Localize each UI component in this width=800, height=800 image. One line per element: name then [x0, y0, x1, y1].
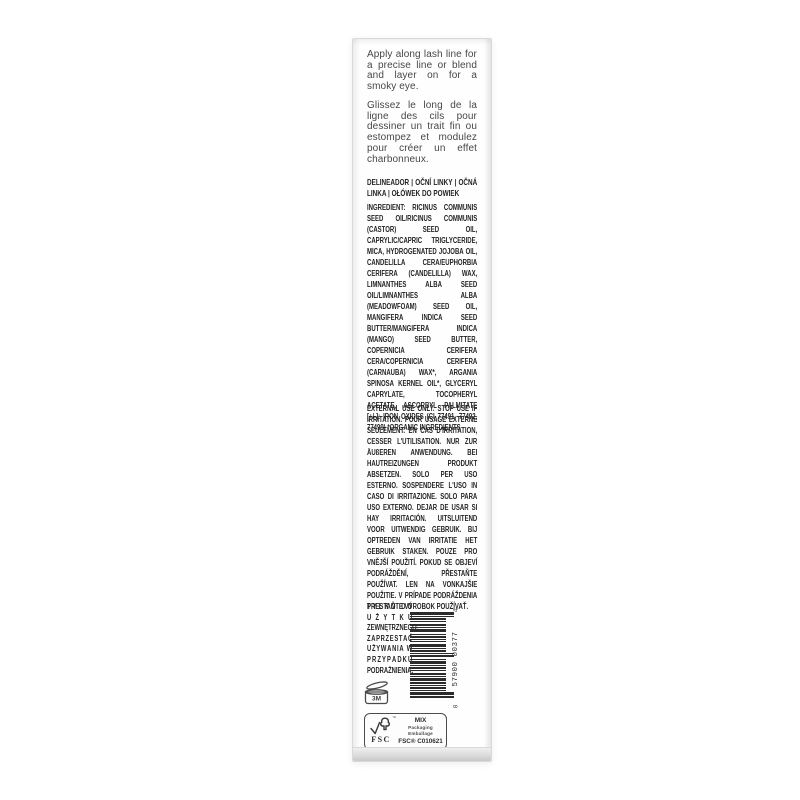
- photo-background: Apply along lash line for a precise line…: [0, 0, 800, 800]
- fsc-mix-label: MIX: [415, 718, 427, 725]
- ingredients-text: INGREDIENT: RICINUS COMMUNIS SEED OIL/RI…: [367, 202, 477, 433]
- fsc-certification-badge: ™ FSC MIX Packaging Emballage FSC® C0106…: [364, 713, 447, 750]
- fsc-tree-check-icon: [369, 716, 393, 736]
- barcode-bar: [410, 685, 446, 686]
- barcode-bar: [410, 629, 446, 632]
- barcode-bar: [410, 659, 446, 660]
- barcode-bar: [410, 624, 446, 626]
- barcode-bar: [410, 673, 446, 675]
- barcode-bar: [410, 644, 446, 647]
- barcode-bar: [410, 634, 446, 635]
- barcode-bar: [410, 612, 454, 615]
- fsc-trademark-symbol: ™: [392, 715, 396, 720]
- polish-warning-line: TYLKO DO: [367, 602, 412, 613]
- barcode-bar: [410, 621, 446, 622]
- barcode-bar: [410, 639, 446, 640]
- barcode-lead-digit: 0: [452, 705, 459, 709]
- instructions-en-text: Apply along lash line for a precise line…: [367, 50, 477, 93]
- polish-warning-line: PRZYPADKU: [367, 655, 412, 666]
- polish-warning-block: TYLKO DO UŻYTKU ZEWNĘTRZNEGO. ZAPRZESTAĆ…: [367, 602, 412, 676]
- barcode-bar: [410, 655, 454, 657]
- barcode-bar: [410, 653, 454, 654]
- fsc-license-code: FSC® C010621: [398, 739, 443, 745]
- barcode-bar: [410, 692, 454, 695]
- barcode-bar: [410, 678, 446, 681]
- barcode-bar: [410, 690, 446, 691]
- barcode-bar: [410, 676, 446, 677]
- barcode-bar: [410, 618, 446, 620]
- warnings-text: EXTERNAL USE ONLY. STOP USE IF IRRITATIO…: [367, 403, 477, 612]
- polish-warning-line: PODRAŻNIENIA.: [367, 666, 412, 677]
- barcode-bar: [410, 661, 446, 664]
- product-name-languages: DELINEADOR | OČNÍ LINKY | OČNÁ LINKA | O…: [367, 177, 477, 199]
- barcode-bar: [410, 696, 454, 698]
- barcode-digits: 57900 00377: [452, 611, 462, 707]
- polish-warning-line: ZAPRZESTAĆ: [367, 634, 412, 645]
- barcode-bar: [410, 641, 446, 642]
- barcode-bar: [410, 636, 446, 638]
- barcode-bars-icon: [410, 612, 454, 699]
- barcode-bar: [410, 670, 446, 671]
- barcode-bar: [410, 665, 446, 666]
- barcode-bar: [410, 616, 454, 617]
- package-bottom-flap: [353, 747, 491, 761]
- barcode-bar: [410, 687, 446, 689]
- package-box: Apply along lash line for a precise line…: [352, 38, 492, 762]
- barcode-bar: [410, 648, 446, 649]
- fsc-logo-area: ™ FSC: [365, 714, 397, 749]
- fsc-label-text: MIX Packaging Emballage FSC® C010621: [397, 714, 446, 749]
- barcode-bar: [410, 667, 446, 669]
- barcode-bar: [410, 650, 446, 652]
- period-after-opening-icon: 3M: [362, 679, 394, 709]
- polish-warning-line: UŻYWANIA W: [367, 644, 412, 655]
- upc-barcode: 57900 00377 4 0: [410, 609, 463, 705]
- polish-warning-line: UŻYTKU: [367, 613, 412, 624]
- barcode-bar: [410, 627, 446, 628]
- fsc-brand: FSC: [371, 735, 391, 744]
- fsc-packaging-label: Packaging: [408, 726, 433, 731]
- fsc-emballage-label: Emballage: [408, 732, 433, 737]
- barcode-bar: [410, 682, 446, 684]
- instructions-fr-text: Glissez le long de la ligne des cils pou…: [367, 101, 477, 165]
- barcode-check-digit: 4: [452, 609, 459, 613]
- pao-months-label: 3M: [372, 696, 381, 703]
- polish-warning-line: ZEWNĘTRZNEGO.: [367, 623, 412, 634]
